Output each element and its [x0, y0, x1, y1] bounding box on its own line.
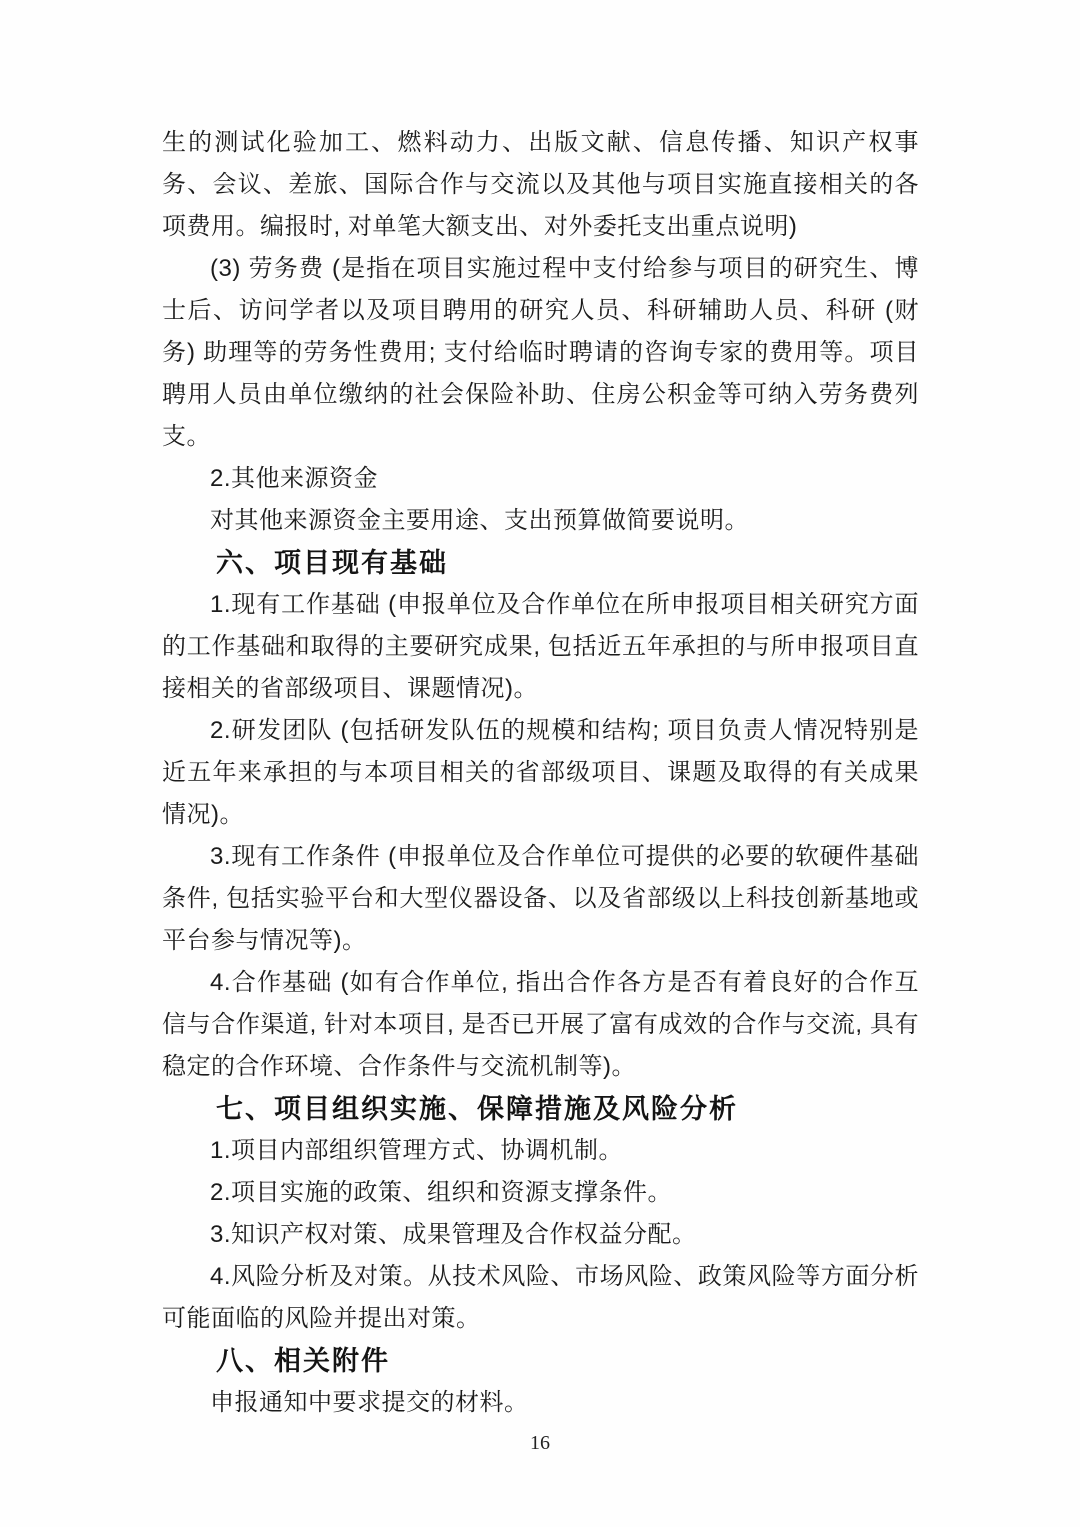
paragraph-other-funding-title: 2.其他来源资金 — [162, 458, 919, 500]
paragraph-rd-team: 2.研发团队 (包括研发队伍的规模和结构; 项目负责人情况特别是近五年来承担的与… — [162, 710, 919, 836]
paragraph-risk-analysis: 4.风险分析及对策。从技术风险、市场风险、政策风险等方面分析可能面临的风险并提出… — [162, 1256, 919, 1340]
section-heading-7: 七、项目组织实施、保障措施及风险分析 — [162, 1088, 919, 1130]
paragraph-work-conditions: 3.现有工作条件 (申报单位及合作单位可提供的必要的软硬件基础条件, 包括实验平… — [162, 836, 919, 962]
paragraph-existing-work-base: 1.现有工作基础 (申报单位及合作单位在所申报项目相关研究方面的工作基础和取得的… — [162, 584, 919, 710]
page-number: 16 — [0, 1432, 1080, 1455]
paragraph-cooperation-base: 4.合作基础 (如有合作单位, 指出合作各方是否有着良好的合作互信与合作渠道, … — [162, 962, 919, 1088]
page-body: 生的测试化验加工、燃料动力、出版文献、信息传播、知识产权事务、会议、差旅、国际合… — [162, 122, 919, 1424]
section-heading-8: 八、相关附件 — [162, 1340, 919, 1382]
paragraph-ip-strategy: 3.知识产权对策、成果管理及合作权益分配。 — [162, 1214, 919, 1256]
paragraph-expense-continuation: 生的测试化验加工、燃料动力、出版文献、信息传播、知识产权事务、会议、差旅、国际合… — [162, 122, 919, 248]
document-page: 生的测试化验加工、燃料动力、出版文献、信息传播、知识产权事务、会议、差旅、国际合… — [0, 0, 1080, 1527]
paragraph-internal-management: 1.项目内部组织管理方式、协调机制。 — [162, 1130, 919, 1172]
section-heading-6: 六、项目现有基础 — [162, 542, 919, 584]
paragraph-attachments: 申报通知中要求提交的材料。 — [162, 1382, 919, 1424]
paragraph-other-funding-desc: 对其他来源资金主要用途、支出预算做简要说明。 — [162, 500, 919, 542]
paragraph-policy-support: 2.项目实施的政策、组织和资源支撑条件。 — [162, 1172, 919, 1214]
paragraph-labor-cost: (3) 劳务费 (是指在项目实施过程中支付给参与项目的研究生、博士后、访问学者以… — [162, 248, 919, 458]
